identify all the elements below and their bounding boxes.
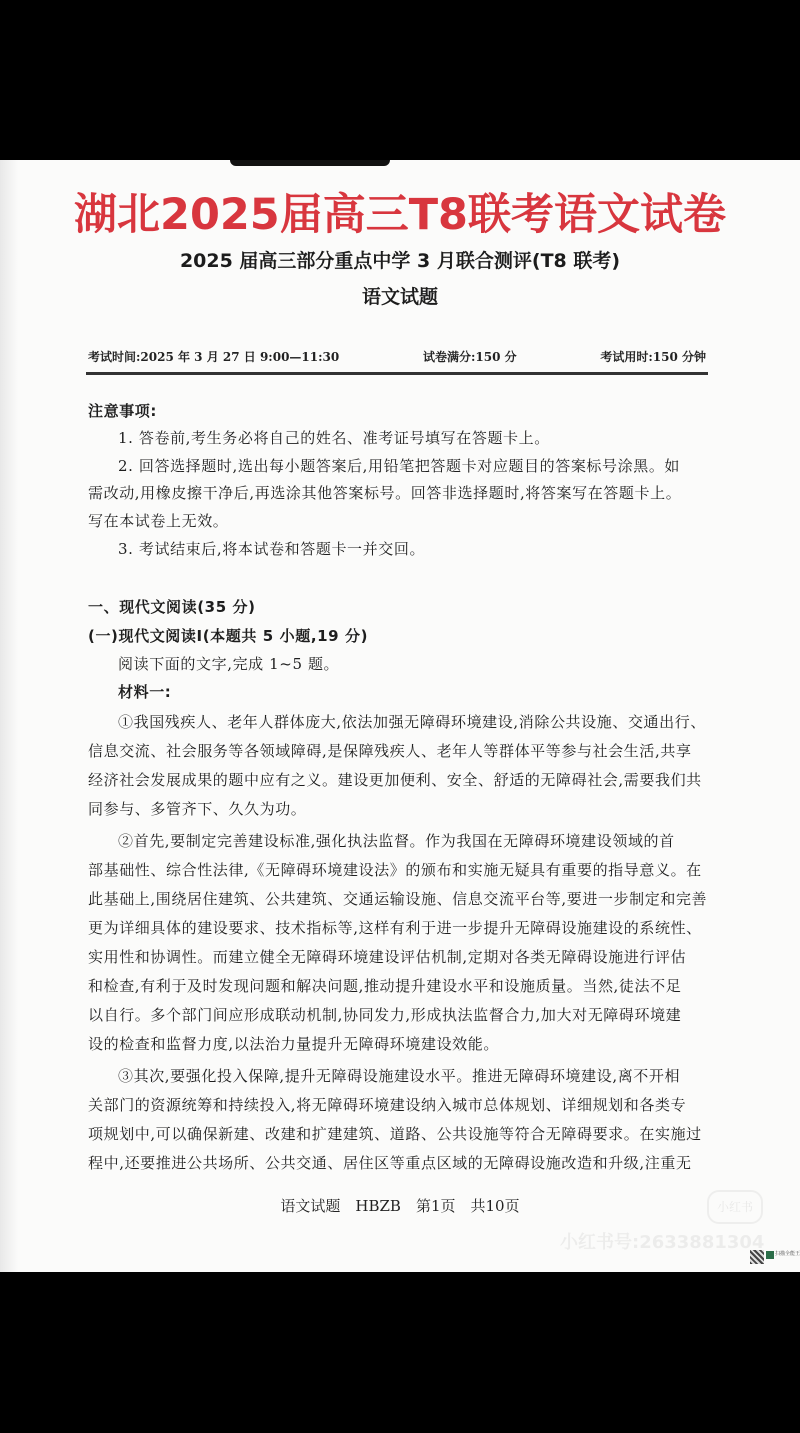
banner-title: 湖北2025届高三T8联考语文试卷 <box>0 190 800 240</box>
section-heading: 一、现代文阅读(35 分) <box>88 597 738 617</box>
paragraph-3-line: 关部门的资源统筹和持续投入,将无障碍环境建设纳入城市总体规划、详细规划和各类专 <box>88 1095 738 1115</box>
paragraph-2-line: 更为详细具体的建设要求、技术指标等,这样有利于进一步提升无障碍设施建设的系统性、 <box>88 918 738 938</box>
paragraph-2-line: 此基础上,围绕居住建筑、公共建筑、交通运输设施、信息交流平台等,要进一步制定和完… <box>88 889 738 909</box>
paragraph-2-line: 实用性和协调性。而建立健全无障碍环境建设评估机制,定期对各类无障碍设施进行评估 <box>88 947 738 967</box>
subject-title: 语文试题 <box>0 284 800 310</box>
notice-line: 1. 答卷前,考生务必将自己的姓名、准考证号填写在答题卡上。 <box>118 428 768 448</box>
watermark-id: 小红书号:2633881304 <box>560 1228 764 1254</box>
paragraph-3-line: 项规划中,可以确保新建、改建和扩建建筑、道路、公共设施等符合无障碍要求。在实施过 <box>88 1124 738 1144</box>
scan-shadow <box>230 160 390 166</box>
notice-line: 需改动,用橡皮擦干净后,再选涂其他答案标号。回答非选择题时,将答案写在答题卡上。 <box>88 483 738 503</box>
paragraph-1-line: 信息交流、社会服务等各领域障碍,是保障残疾人、老年人等群体平等参与社会生活,共享 <box>88 741 738 761</box>
paragraph-2-line: 部基础性、综合性法律,《无障碍环境建设法》的颁布和实施无疑具有重要的指导意义。在 <box>88 860 738 880</box>
paragraph-2-line: 和检查,有利于及时发现问题和解决问题,推动提升建设水平和设施质量。当然,徒法不足 <box>88 976 738 996</box>
qr-code-icon <box>750 1250 764 1264</box>
exam-page: 湖北2025届高三T8联考语文试卷 2025 届高三部分重点中学 3 月联合测评… <box>0 160 800 1272</box>
instruction: 阅读下面的文字,完成 1~5 题。 <box>118 654 768 674</box>
paragraph-1-line: 同参与、多管齐下、久久为功。 <box>88 799 738 819</box>
page-footer: 语文试题 HBZB 第1页 共10页 <box>0 1195 800 1216</box>
watermark-badge: 小红书 <box>707 1190 763 1224</box>
qr-caption: 扫描全能王 <box>775 1250 800 1257</box>
paragraph-2-line: 设的检查和监督力度,以法治力量提升无障碍环境建设效能。 <box>88 1034 738 1054</box>
exam-time: 考试时间:2025 年 3 月 27 日 9:00—11:30 <box>88 348 339 365</box>
header-divider <box>86 372 708 375</box>
paragraph-2-line: ②首先,要制定完善建设标准,强化执法监督。作为我国在无障碍环境建设领域的首 <box>118 831 768 851</box>
material-label: 材料一: <box>118 682 768 702</box>
paragraph-2-line: 以自行。多个部门间应形成联动机制,协同发力,形成执法监督合力,加大对无障碍环境建 <box>88 1005 738 1025</box>
section-subheading: (一)现代文阅读Ⅰ(本题共 5 小题,19 分) <box>88 626 738 646</box>
exam-duration: 考试用时:150 分钟 <box>600 348 706 365</box>
paragraph-1-line: 经济社会发展成果的题中应有之义。建设更加便利、安全、舒适的无障碍社会,需要我们共 <box>88 770 738 790</box>
exam-meta: 考试时间:2025 年 3 月 27 日 9:00—11:30 试卷满分:150… <box>88 348 706 365</box>
paragraph-1-line: ①我国残疾人、老年人群体庞大,依法加强无障碍环境建设,消除公共设施、交通出行、 <box>118 712 768 732</box>
notice-line: 3. 考试结束后,将本试卷和答题卡一并交回。 <box>118 539 768 559</box>
notice-line: 写在本试卷上无效。 <box>88 511 738 531</box>
notice-line: 2. 回答选择题时,选出每小题答案后,用铅笔把答题卡对应题目的答案标号涂黑。如 <box>118 456 768 476</box>
full-score: 试卷满分:150 分 <box>423 348 517 365</box>
notice-heading: 注意事项: <box>88 401 738 421</box>
paragraph-3-line: ③其次,要强化投入保障,提升无障碍设施建设水平。推进无障碍环境建设,离不开相 <box>118 1066 768 1086</box>
scanner-logo-icon <box>766 1251 774 1259</box>
exam-subtitle: 2025 届高三部分重点中学 3 月联合测评(T8 联考) <box>0 248 800 274</box>
paragraph-3-line: 程中,还要推进公共场所、公共交通、居住区等重点区域的无障碍设施改造和升级,注重无 <box>88 1153 738 1173</box>
